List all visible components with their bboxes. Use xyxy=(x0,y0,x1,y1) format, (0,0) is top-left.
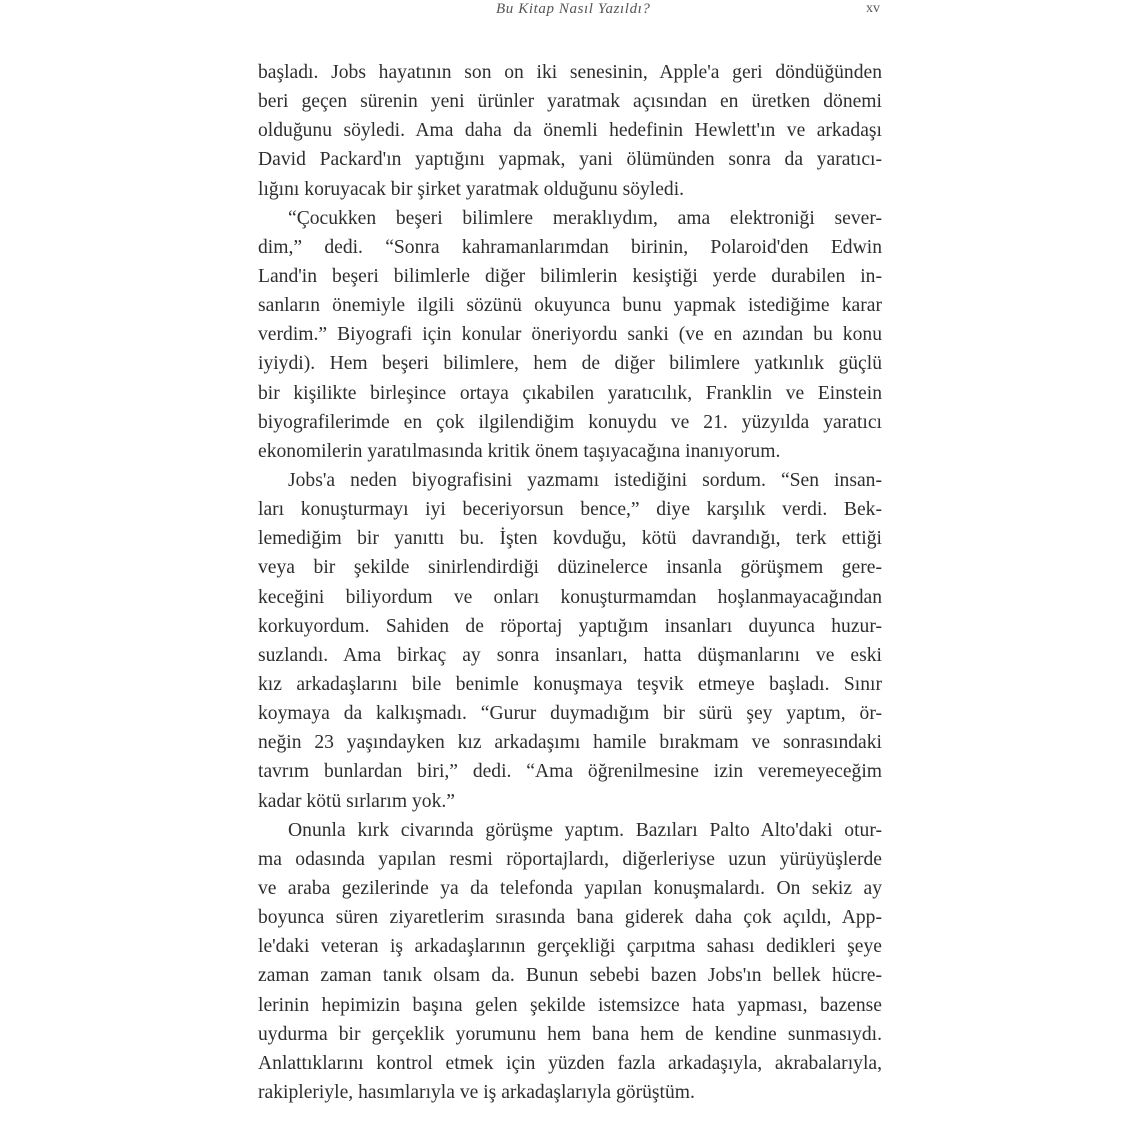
text-line: biyografilerimde en çok ilgilendiğim kon… xyxy=(258,408,882,437)
body-text: başladı. Jobs hayatının son on iki senes… xyxy=(258,58,882,1107)
text-line: Anlattıklarını kontrol etmek için yüzden… xyxy=(258,1049,882,1078)
text-line: başladı. Jobs hayatının son on iki senes… xyxy=(258,58,882,87)
text-line: Jobs'a neden biyografisini yazmamı isted… xyxy=(258,466,882,495)
text-line: lerinin hepimizin başına gelen şekilde i… xyxy=(258,991,882,1020)
text-line: sanların önemiyle ilgili sözünü okuyunca… xyxy=(258,291,882,320)
text-line: bir kişilikte birleşince ortaya çıkabile… xyxy=(258,379,882,408)
text-line: ve araba gezilerinde ya da telefonda yap… xyxy=(258,874,882,903)
text-line: rakipleriyle, hasımlarıyla ve iş arkadaş… xyxy=(258,1078,882,1107)
text-line: iyiydi). Hem beşeri bilimlere, hem de di… xyxy=(258,349,882,378)
text-line: “Çocukken beşeri bilimlere meraklıydım, … xyxy=(258,204,882,233)
text-line: Onunla kırk civarında görüşme yaptım. Ba… xyxy=(258,816,882,845)
text-line: kadar kötü sırlarım yok.” xyxy=(258,787,882,816)
text-line: korkuyordum. Sahiden de röportaj yaptığı… xyxy=(258,612,882,641)
paragraph: Onunla kırk civarında görüşme yaptım. Ba… xyxy=(258,816,882,1107)
text-line: ları konuşturmayı iyi beceriyorsun bence… xyxy=(258,495,882,524)
text-line: kız arkadaşlarını bile benimle konuşmaya… xyxy=(258,670,882,699)
text-line: beri geçen sürenin yeni ürünler yaratmak… xyxy=(258,87,882,116)
paragraph: başladı. Jobs hayatının son on iki senes… xyxy=(258,58,882,204)
text-line: uydurma bir gerçeklik yorumunu hem bana … xyxy=(258,1020,882,1049)
text-line: neğin 23 yaşındayken kız arkadaşımı hami… xyxy=(258,728,882,757)
text-line: tavrım bunlardan biri,” dedi. “Ama öğren… xyxy=(258,757,882,786)
text-line: olduğunu söyledi. Ama daha da önemli hed… xyxy=(258,116,882,145)
text-line: koymaya da kalkışmadı. “Gurur duymadığım… xyxy=(258,699,882,728)
text-line: le'daki veteran iş arkadaşlarının gerçek… xyxy=(258,932,882,961)
text-line: dim,” dedi. “Sonra kahramanlarımdan biri… xyxy=(258,233,882,262)
text-line: David Packard'ın yaptığını yapmak, yani … xyxy=(258,145,882,174)
text-line: Land'in beşeri bilimlerle diğer bilimler… xyxy=(258,262,882,291)
text-line: veya bir şekilde sinirlendirdiği düzinel… xyxy=(258,553,882,582)
text-line: verdim.” Biyografi için konular öneriyor… xyxy=(258,320,882,349)
running-head-title: Bu Kitap Nasıl Yazıldı? xyxy=(496,1,651,18)
text-line: ma odasında yapılan resmi röportajlardı,… xyxy=(258,845,882,874)
paragraph: “Çocukken beşeri bilimlere meraklıydım, … xyxy=(258,204,882,466)
paragraph: Jobs'a neden biyografisini yazmamı isted… xyxy=(258,466,882,816)
text-line: lığını koruyacak bir şirket yaratmak old… xyxy=(258,175,882,204)
text-line: zaman zaman tanık olsam da. Bunun sebebi… xyxy=(258,961,882,990)
text-line: boyunca süren ziyaretlerim sırasında ban… xyxy=(258,903,882,932)
page-number: xv xyxy=(866,1,880,17)
text-line: keceğini biliyordum ve onları konuşturma… xyxy=(258,583,882,612)
text-line: suzlandı. Ama birkaç ay sonra insanları,… xyxy=(258,641,882,670)
book-page: Bu Kitap Nasıl Yazıldı? xv başladı. Jobs… xyxy=(0,0,1140,1140)
text-line: ekonomilerin yaratılmasında kritik önem … xyxy=(258,437,882,466)
text-line: lemediğim bir yanıttı bu. İşten kovduğu,… xyxy=(258,524,882,553)
